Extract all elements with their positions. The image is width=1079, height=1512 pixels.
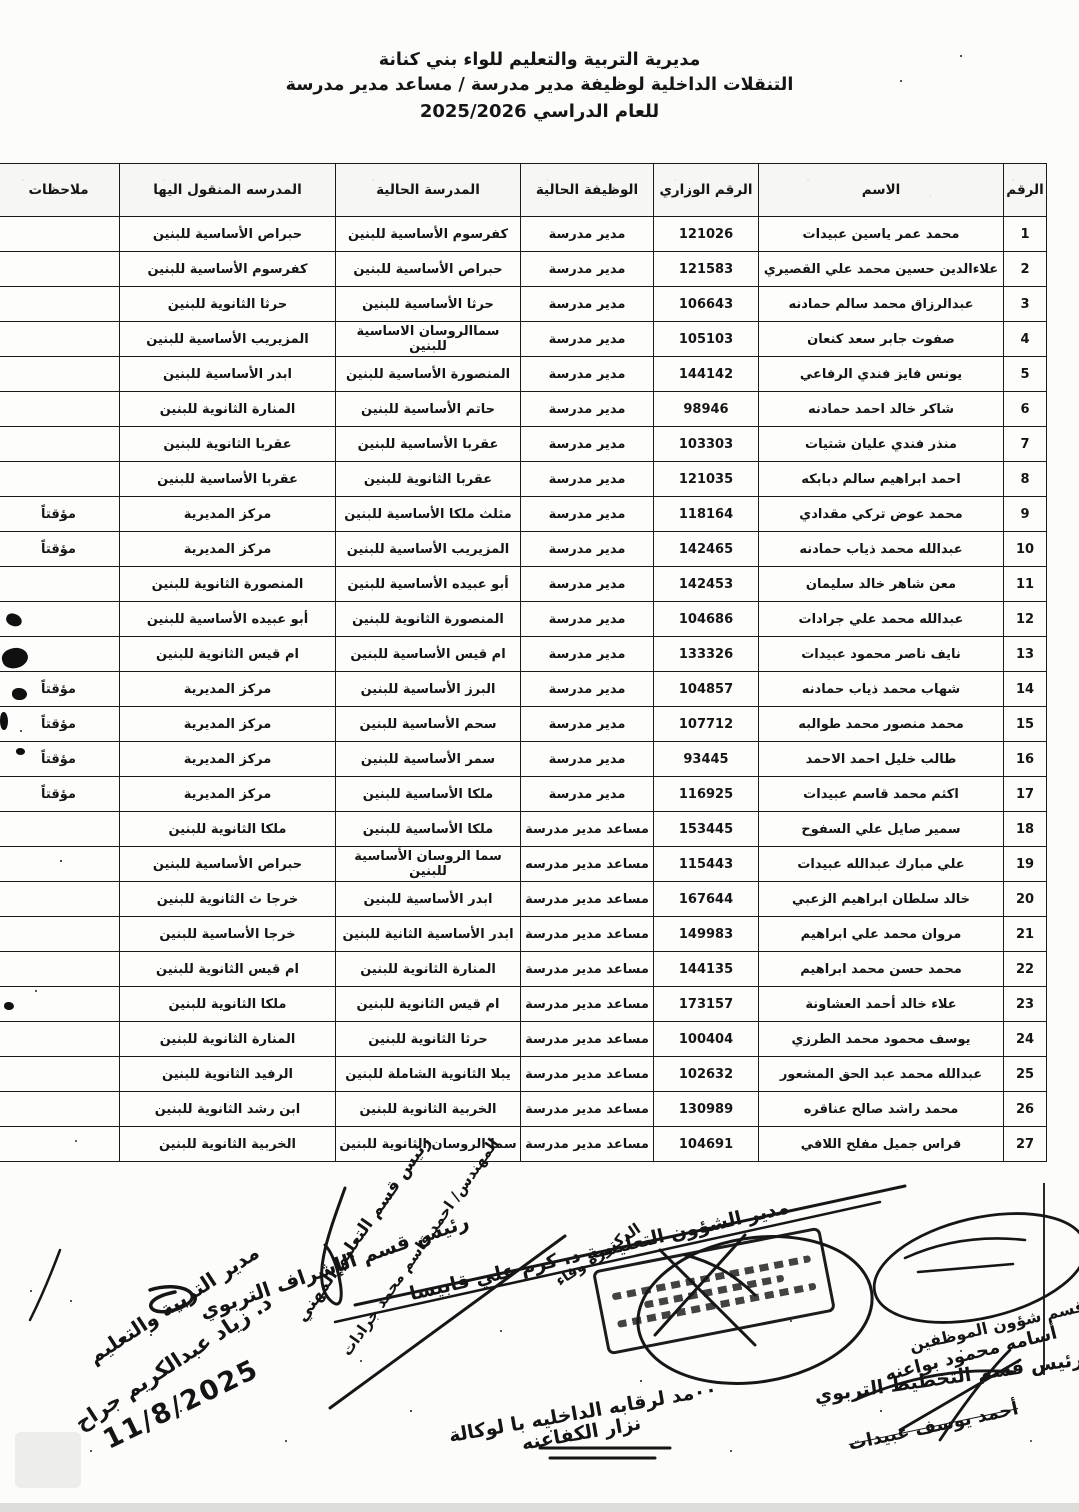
cell-name: عبدالله محمد عبد الحق المشعور: [759, 1057, 1004, 1092]
cell-ministry_no: 115443: [654, 847, 759, 882]
cell-name: خالد سلطان ابراهيم الزعبي: [759, 882, 1004, 917]
cell-ministry_no: 116925: [654, 777, 759, 812]
cell-name: محمد عمر ياسين عبيدات: [759, 217, 1004, 252]
table-row: 1محمد عمر ياسين عبيدات121026مدير مدرسةكف…: [0, 217, 1047, 252]
cell-note: مؤقتاً: [0, 742, 120, 777]
cell-ministry_no: 142453: [654, 567, 759, 602]
cell-current_school: سما الروسان الأساسية للبنين: [336, 847, 521, 882]
cell-note: [0, 812, 120, 847]
cell-ministry_no: 107712: [654, 707, 759, 742]
cell-ministry_no: 93445: [654, 742, 759, 777]
transfers-table-body: 1محمد عمر ياسين عبيدات121026مدير مدرسةكف…: [0, 217, 1047, 1162]
cell-current_school: عقربا الأساسية للبنين: [336, 427, 521, 462]
cell-current_school: مثلث ملكا الأساسية للبنين: [336, 497, 521, 532]
planning-name-signature: أحمد يوسف عبيدات: [847, 1398, 1021, 1455]
cell-job: مساعد مدير مدرسة: [521, 882, 654, 917]
cell-num: 15: [1004, 707, 1047, 742]
cell-current_school: المنارة الثانوية للبنين: [336, 952, 521, 987]
cell-to_school: ملكا الثانوية للبنين: [120, 812, 336, 847]
cell-num: 25: [1004, 1057, 1047, 1092]
table-row: 21مروان محمد علي ابراهيم149983مساعد مدير…: [0, 917, 1047, 952]
cell-num: 22: [1004, 952, 1047, 987]
cell-num: 10: [1004, 532, 1047, 567]
cell-ministry_no: 104686: [654, 602, 759, 637]
cell-name: علاء خالد أحمد العشاونة: [759, 987, 1004, 1022]
page-edge-shadow: [0, 1503, 1079, 1512]
cell-num: 26: [1004, 1092, 1047, 1127]
cell-ministry_no: 104691: [654, 1127, 759, 1162]
cell-num: 11: [1004, 567, 1047, 602]
table-row: 18سمير صايل علي السفوح153445مساعد مدير م…: [0, 812, 1047, 847]
directorate-title: مديرية التربية والتعليم للواء بني كنانة: [0, 48, 1079, 73]
cell-note: [0, 427, 120, 462]
header-number: الرقم: [1004, 164, 1047, 217]
cell-to_school: أبو عبيده الأساسية للبنين: [120, 602, 336, 637]
cell-current_school: ابدر الأساسية للبنين: [336, 882, 521, 917]
cell-to_school: مركز المديرية: [120, 707, 336, 742]
cell-note: [0, 357, 120, 392]
cell-num: 20: [1004, 882, 1047, 917]
cell-name: فراس جميل مفلح اللافي: [759, 1127, 1004, 1162]
scan-smudge: [15, 1432, 81, 1488]
cell-ministry_no: 142465: [654, 532, 759, 567]
table-row: 8احمد ابراهيم سالم دبابكه121035مدير مدرس…: [0, 462, 1047, 497]
cell-current_school: حرثا الأساسية للبنين: [336, 287, 521, 322]
table-row: 6شاكر خالد احمد حمادنه98946مدير مدرسةحات…: [0, 392, 1047, 427]
cell-note: [0, 917, 120, 952]
table-row: 16طالب خليل احمد الاحمد93445مدير مدرسةسم…: [0, 742, 1047, 777]
cell-ministry_no: 121026: [654, 217, 759, 252]
cell-current_school: سمر الأساسية للبنين: [336, 742, 521, 777]
table-header-row: الرقم الاسم الرقم الوزاري الوظيفة الحالي…: [0, 164, 1047, 217]
cell-job: مدير مدرسة: [521, 672, 654, 707]
cell-name: شاكر خالد احمد حمادنه: [759, 392, 1004, 427]
cell-ministry_no: 102632: [654, 1057, 759, 1092]
cell-num: 7: [1004, 427, 1047, 462]
cell-job: مساعد مدير مدرسة: [521, 987, 654, 1022]
cell-to_school: ام قيس الثانوية للبنين: [120, 952, 336, 987]
cell-num: 5: [1004, 357, 1047, 392]
cell-name: منذر فندي عليان شتيات: [759, 427, 1004, 462]
cell-job: مدير مدرسة: [521, 357, 654, 392]
cell-to_school: المنارة الثانوية للبنين: [120, 392, 336, 427]
cell-current_school: ام قيس الثانوية للبنين: [336, 987, 521, 1022]
cell-job: مدير مدرسة: [521, 602, 654, 637]
table-row: 13نايف ناصر محمود عبيدات133326مدير مدرسة…: [0, 637, 1047, 672]
cell-to_school: المزيريب الأساسية للبنين: [120, 322, 336, 357]
table-row: 25عبدالله محمد عبد الحق المشعور102632مسا…: [0, 1057, 1047, 1092]
cell-current_school: المنصورة الأساسية للبنين: [336, 357, 521, 392]
table-row: 2علاءالدين حسين محمد علي القصيري121583مد…: [0, 252, 1047, 287]
cell-to_school: المنصورة الثانوية للبنين: [120, 567, 336, 602]
cell-current_school: سحم الأساسية للبنين: [336, 707, 521, 742]
cell-to_school: المنارة الثانوية للبنين: [120, 1022, 336, 1057]
cell-name: صفوت جابر سعد كنعان: [759, 322, 1004, 357]
cell-current_school: المزيريب الأساسية للبنين: [336, 532, 521, 567]
academic-year: للعام الدراسي 2025/2026: [0, 99, 1079, 125]
cell-to_school: ام قيس الثانوية للبنين: [120, 637, 336, 672]
cell-job: مساعد مدير مدرسة: [521, 1127, 654, 1162]
cell-ministry_no: 149983: [654, 917, 759, 952]
cell-note: [0, 252, 120, 287]
cell-current_school: ملكا الأساسية للبنين: [336, 812, 521, 847]
ink-blot: [12, 688, 27, 700]
cell-name: يوسف محمود محمد الطرزي: [759, 1022, 1004, 1057]
cell-current_school: الخربية الثانوية للبنين: [336, 1092, 521, 1127]
cell-note: [0, 392, 120, 427]
cell-num: 4: [1004, 322, 1047, 357]
cell-job: مدير مدرسة: [521, 392, 654, 427]
cell-to_school: عقربا الأساسية للبنين: [120, 462, 336, 497]
cell-note: [0, 987, 120, 1022]
cell-num: 9: [1004, 497, 1047, 532]
cell-ministry_no: 118164: [654, 497, 759, 532]
cell-num: 1: [1004, 217, 1047, 252]
cell-note: [0, 1057, 120, 1092]
cell-ministry_no: 144135: [654, 952, 759, 987]
cell-ministry_no: 98946: [654, 392, 759, 427]
cell-name: طالب خليل احمد الاحمد: [759, 742, 1004, 777]
cell-current_school: يبلا الثانوية الشاملة للبنين: [336, 1057, 521, 1092]
cell-name: محمد راشد صالح عناقره: [759, 1092, 1004, 1127]
cell-to_school: ابدر الأساسية للبنين: [120, 357, 336, 392]
cell-num: 17: [1004, 777, 1047, 812]
cell-note: [0, 952, 120, 987]
cell-note: مؤقتاً: [0, 532, 120, 567]
table-row: 19علي مبارك عبدالله عبيدات115443مساعد مد…: [0, 847, 1047, 882]
cell-current_school: حاتم الأساسية للبنين: [336, 392, 521, 427]
cell-current_school: سماالروسان الاساسية للبنين: [336, 322, 521, 357]
cell-job: مساعد مدير مدرسه: [521, 847, 654, 882]
header-current-school: المدرسة الحالية: [336, 164, 521, 217]
cell-job: مدير مدرسة: [521, 742, 654, 777]
cell-note: مؤقتاً: [0, 707, 120, 742]
cell-note: [0, 1127, 120, 1162]
cell-job: مساعد مدير مدرسة: [521, 917, 654, 952]
cell-num: 18: [1004, 812, 1047, 847]
cell-ministry_no: 105103: [654, 322, 759, 357]
cell-note: [0, 567, 120, 602]
document-title-block: مديرية التربية والتعليم للواء بني كنانة …: [0, 48, 1079, 125]
cell-ministry_no: 106643: [654, 287, 759, 322]
cell-job: مساعد مدير مدرسة: [521, 1057, 654, 1092]
cell-note: [0, 847, 120, 882]
ink-blot: [16, 748, 25, 755]
cell-num: 21: [1004, 917, 1047, 952]
table-row: 10عبدالله محمد ذياب حمادنه142465مدير مدر…: [0, 532, 1047, 567]
cell-to_school: الخربية الثانوية للبنين: [120, 1127, 336, 1162]
header-name: الاسم: [759, 164, 1004, 217]
cell-ministry_no: 121583: [654, 252, 759, 287]
cell-name: علي مبارك عبدالله عبيدات: [759, 847, 1004, 882]
cell-name: محمد منصور محمد طوالبه: [759, 707, 1004, 742]
cell-num: 8: [1004, 462, 1047, 497]
cell-job: مدير مدرسة: [521, 567, 654, 602]
cell-current_school: المنصورة الثانوية للبنين: [336, 602, 521, 637]
header-ministry-number: الرقم الوزاري: [654, 164, 759, 217]
table-row: 27فراس جميل مفلح اللافي104691مساعد مدير …: [0, 1127, 1047, 1162]
cell-ministry_no: 104857: [654, 672, 759, 707]
cell-name: احمد ابراهيم سالم دبابكه: [759, 462, 1004, 497]
cell-name: نايف ناصر محمود عبيدات: [759, 637, 1004, 672]
document-subject: التنقلات الداخلية لوظيفة مدير مدرسة / مس…: [0, 73, 1079, 98]
cell-note: [0, 217, 120, 252]
cell-ministry_no: 153445: [654, 812, 759, 847]
cell-name: محمد حسن محمد ابراهيم: [759, 952, 1004, 987]
cell-ministry_no: 121035: [654, 462, 759, 497]
cell-name: شهاب محمد ذياب حمادنه: [759, 672, 1004, 707]
cell-to_school: حبراص الأساسية للبنين: [120, 217, 336, 252]
cell-current_school: حرثا الثانوية للبنين: [336, 1022, 521, 1057]
cell-job: مدير مدرسة: [521, 427, 654, 462]
cell-job: مدير مدرسة: [521, 462, 654, 497]
cell-job: مساعد مدير مدرسة: [521, 812, 654, 847]
cell-name: مروان محمد علي ابراهيم: [759, 917, 1004, 952]
cell-num: 13: [1004, 637, 1047, 672]
cell-current_school: ملكا الأساسية للبنين: [336, 777, 521, 812]
cell-job: مدير مدرسة: [521, 777, 654, 812]
cell-note: [0, 322, 120, 357]
cell-job: مساعد مدير مدرسة: [521, 1022, 654, 1057]
cell-current_school: أبو عبيده الأساسية للبنين: [336, 567, 521, 602]
ink-blot: [4, 1002, 14, 1010]
table-row: 4صفوت جابر سعد كنعان105103مدير مدرسةسماا…: [0, 322, 1047, 357]
cell-note: [0, 1092, 120, 1127]
cell-job: مدير مدرسة: [521, 532, 654, 567]
cell-num: 6: [1004, 392, 1047, 427]
cell-to_school: ابن رشد الثانوية للبنين: [120, 1092, 336, 1127]
table-row: 20خالد سلطان ابراهيم الزعبي167644مساعد م…: [0, 882, 1047, 917]
table-row: 7منذر فندي عليان شتيات103303مدير مدرسةعق…: [0, 427, 1047, 462]
cell-ministry_no: 144142: [654, 357, 759, 392]
cell-to_school: ملكا الثانوية للبنين: [120, 987, 336, 1022]
cell-name: سمير صايل علي السفوح: [759, 812, 1004, 847]
cell-current_school: كفرسوم الأساسية للبنين: [336, 217, 521, 252]
cell-to_school: مركز المديرية: [120, 497, 336, 532]
cell-job: مدير مدرسة: [521, 497, 654, 532]
header-notes: ملاحظات: [0, 164, 120, 217]
cell-name: عبدالله محمد علي جرادات: [759, 602, 1004, 637]
table-row: 14شهاب محمد ذياب حمادنه104857مدير مدرسةا…: [0, 672, 1047, 707]
cell-job: مدير مدرسة: [521, 287, 654, 322]
cell-ministry_no: 103303: [654, 427, 759, 462]
cell-name: يونس فايز فندي الرفاعي: [759, 357, 1004, 392]
cell-num: 23: [1004, 987, 1047, 1022]
table-row: 15محمد منصور محمد طوالبه107712مدير مدرسة…: [0, 707, 1047, 742]
cell-job: مدير مدرسة: [521, 252, 654, 287]
cell-to_school: خرجا ث الثانوية للبنين: [120, 882, 336, 917]
cell-to_school: خرجا الأساسية للبنين: [120, 917, 336, 952]
cell-ministry_no: 130989: [654, 1092, 759, 1127]
cell-job: مدير مدرسة: [521, 217, 654, 252]
cell-current_school: عقربا الثانوية للبنين: [336, 462, 521, 497]
table-row: 26محمد راشد صالح عناقره130989مساعد مدير …: [0, 1092, 1047, 1127]
cell-job: مدير مدرسة: [521, 637, 654, 672]
cell-note: مؤقتاً: [0, 777, 120, 812]
cell-to_school: مركز المديرية: [120, 672, 336, 707]
ink-blot: [0, 712, 8, 730]
cell-name: عبدالرزاق محمد سالم حمادنه: [759, 287, 1004, 322]
cell-current_school: ام قيس الأساسية للبنين: [336, 637, 521, 672]
cell-num: 24: [1004, 1022, 1047, 1057]
cell-name: اكثم محمد قاسم عبيدات: [759, 777, 1004, 812]
cell-num: 3: [1004, 287, 1047, 322]
table-row: 3عبدالرزاق محمد سالم حمادنه106643مدير مد…: [0, 287, 1047, 322]
cell-note: [0, 882, 120, 917]
cell-to_school: الرفيد الثانوية للبنين: [120, 1057, 336, 1092]
table-row: 22محمد حسن محمد ابراهيم144135مساعد مدير …: [0, 952, 1047, 987]
cell-ministry_no: 173157: [654, 987, 759, 1022]
cell-ministry_no: 100404: [654, 1022, 759, 1057]
cell-name: محمد عوض تركي مقدادي: [759, 497, 1004, 532]
cell-to_school: مركز المديرية: [120, 532, 336, 567]
scanned-document-page: مديرية التربية والتعليم للواء بني كنانة …: [0, 0, 1079, 1512]
cell-name: عبدالله محمد ذياب حمادنه: [759, 532, 1004, 567]
cell-num: 2: [1004, 252, 1047, 287]
table-row: 11معن شاهر خالد سليمان142453مدير مدرسةأب…: [0, 567, 1047, 602]
cell-note: [0, 1022, 120, 1057]
cell-to_school: عقربا الثانوية للبنين: [120, 427, 336, 462]
cell-num: 14: [1004, 672, 1047, 707]
cell-job: مدير مدرسة: [521, 707, 654, 742]
transfers-table: الرقم الاسم الرقم الوزاري الوظيفة الحالي…: [0, 163, 1047, 1162]
cell-to_school: كفرسوم الأساسية للبنين: [120, 252, 336, 287]
cell-to_school: مركز المديرية: [120, 777, 336, 812]
cell-num: 12: [1004, 602, 1047, 637]
cell-job: مساعد مدير مدرسة: [521, 1092, 654, 1127]
cell-ministry_no: 133326: [654, 637, 759, 672]
table-row: 17اكثم محمد قاسم عبيدات116925مدير مدرسةم…: [0, 777, 1047, 812]
header-transfer-school: المدرسه المنقول اليها: [120, 164, 336, 217]
cell-note: [0, 462, 120, 497]
cell-current_school: البرز الأساسية للبنين: [336, 672, 521, 707]
table-row: 9محمد عوض تركي مقدادي118164مدير مدرسةمثل…: [0, 497, 1047, 532]
cell-num: 16: [1004, 742, 1047, 777]
cell-current_school: ابدر الأساسية الثانية للبنين: [336, 917, 521, 952]
cell-to_school: مركز المديرية: [120, 742, 336, 777]
cell-current_school: حبراص الأساسية للبنين: [336, 252, 521, 287]
cell-note: مؤقتاً: [0, 497, 120, 532]
cell-note: [0, 287, 120, 322]
table-row: 12عبدالله محمد علي جرادات104686مدير مدرس…: [0, 602, 1047, 637]
cell-to_school: حرثا الثانوية للبنين: [120, 287, 336, 322]
cell-name: علاءالدين حسين محمد علي القصيري: [759, 252, 1004, 287]
cell-ministry_no: 167644: [654, 882, 759, 917]
table-row: 24يوسف محمود محمد الطرزي100404مساعد مدير…: [0, 1022, 1047, 1057]
cell-to_school: حبراص الأساسية للبنين: [120, 847, 336, 882]
cell-num: 19: [1004, 847, 1047, 882]
table-row: 23علاء خالد أحمد العشاونة173157مساعد مدي…: [0, 987, 1047, 1022]
table-row: 5يونس فايز فندي الرفاعي144142مدير مدرسةا…: [0, 357, 1047, 392]
cell-job: مساعد مدير مدرسة: [521, 952, 654, 987]
cell-job: مدير مدرسة: [521, 322, 654, 357]
header-current-job: الوظيفة الحالية: [521, 164, 654, 217]
scan-speckles: [30, 1290, 32, 1292]
cell-num: 27: [1004, 1127, 1047, 1162]
cell-name: معن شاهر خالد سليمان: [759, 567, 1004, 602]
